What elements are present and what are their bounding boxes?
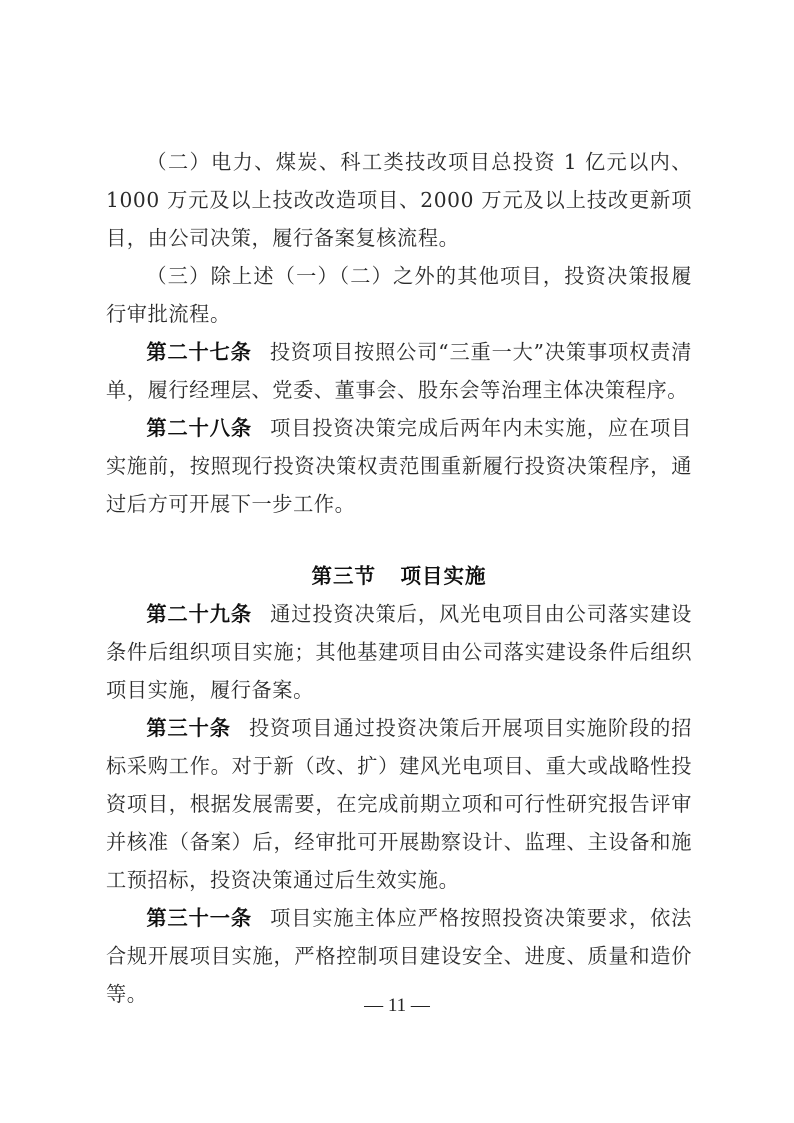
- section-number: 第三节: [311, 564, 376, 588]
- paragraph-text: （二）电力、煤炭、科工类技改项目总投资 1 亿元以内、1000 万元及以上技改改…: [106, 150, 692, 250]
- article-28: 第二十八条项目投资决策完成后两年内未实施，应在项目实施前，按照现行投资决策权责范…: [106, 409, 692, 523]
- paragraph-item-3: （三）除上述（一）（二）之外的其他项目，投资决策报履行审批流程。: [106, 257, 692, 333]
- article-29: 第二十九条通过投资决策后，风光电项目由公司落实建设条件后组织项目实施；其他基建项…: [106, 595, 692, 709]
- article-number: 第二十八条: [146, 416, 252, 440]
- article-number: 第三十一条: [146, 906, 252, 930]
- section-title: 项目实施: [401, 564, 487, 588]
- article-number: 第三十条: [146, 716, 230, 740]
- article-number: 第二十七条: [146, 340, 251, 364]
- article-27: 第二十七条投资项目按照公司“三重一大”决策事项权责清单，履行经理层、党委、董事会…: [106, 333, 692, 409]
- paragraph-text: （三）除上述（一）（二）之外的其他项目，投资决策报履行审批流程。: [106, 264, 692, 326]
- article-number: 第二十九条: [146, 602, 252, 626]
- article-30: 第三十条投资项目通过投资决策后开展项目实施阶段的招标采购工作。对于新（改、扩）建…: [106, 709, 692, 899]
- page-number: — 11 —: [0, 995, 794, 1017]
- paragraph-item-2: （二）电力、煤炭、科工类技改项目总投资 1 亿元以内、1000 万元及以上技改改…: [106, 143, 692, 257]
- article-text: 投资项目通过投资决策后开展项目实施阶段的招标采购工作。对于新（改、扩）建风光电项…: [106, 716, 692, 892]
- document-page: （二）电力、煤炭、科工类技改项目总投资 1 亿元以内、1000 万元及以上技改改…: [106, 143, 692, 1013]
- section-heading: 第三节项目实施: [106, 557, 692, 595]
